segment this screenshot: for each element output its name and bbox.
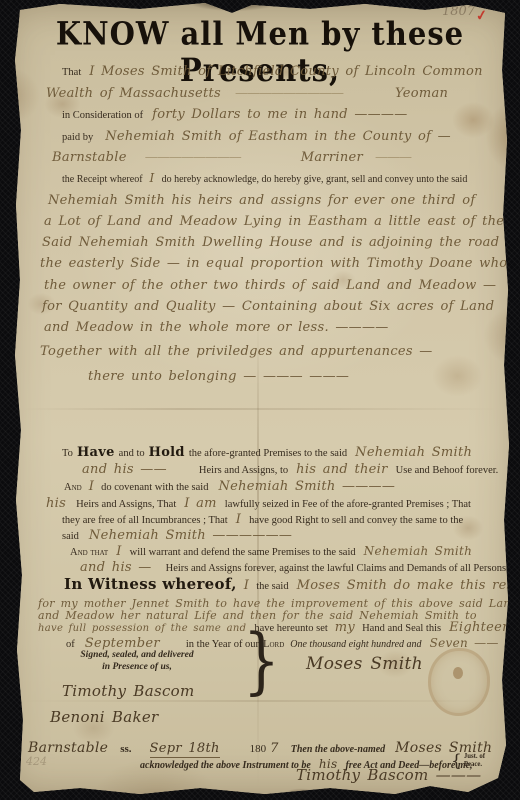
- justice-title-line: Just. of: [464, 753, 485, 760]
- deed-line: a Lot of Land and Meadow Lying in Eastha…: [44, 212, 504, 230]
- deed-line: in Consideration of forty Dollars to me …: [62, 105, 408, 123]
- handwritten-segment: I: [244, 578, 249, 593]
- handwritten-segment: Yeoman: [395, 86, 448, 101]
- deed-line: the easterly Side — in equal proportion …: [40, 254, 520, 272]
- handwritten-segment: Eighteenth ———: [449, 620, 520, 635]
- printed-segment: One thousand eight hundred and: [290, 639, 421, 650]
- handwritten-segment: I Moses Smith of Litchfield County of Li…: [89, 64, 483, 79]
- deed-line: and his —— Heirs and Assigns, to his and…: [82, 460, 498, 478]
- printed-segment: To: [62, 448, 73, 459]
- printed-segment: ss.: [120, 743, 131, 755]
- handwritten-segment: a Lot of Land and Meadow Lying in Eastha…: [44, 214, 504, 229]
- handwritten-segment: I: [150, 171, 155, 185]
- handwritten-segment: the owner of the other two thirds of sai…: [44, 278, 496, 293]
- witness-signature: Benoni Baker: [50, 709, 159, 726]
- handwritten-segment: I: [89, 479, 94, 494]
- deed-line: there unto belonging — ——— ———: [88, 367, 349, 385]
- printed-segment: 180: [250, 743, 267, 755]
- printed-segment: of: [66, 639, 75, 650]
- witness-signature: Timothy Bascom: [62, 683, 195, 700]
- printed-blackletter: In Witness whereof,: [64, 575, 237, 593]
- acknowledgment-line: Barnstable ss. Sepr 18th 180 7 Then the …: [28, 739, 492, 757]
- deed-line: for Quantity and Quality — Containing ab…: [42, 297, 494, 315]
- deed-line: his Heirs and Assigns, That I am lawfull…: [46, 494, 471, 512]
- handwritten-segment: I: [236, 512, 241, 527]
- deed-line: That I Moses Smith of Litchfield County …: [62, 62, 483, 80]
- deed-line: Together with all the priviledges and ap…: [40, 342, 433, 360]
- ink-rule: —————————: [235, 86, 343, 101]
- handwritten-segment: his and their: [296, 462, 387, 477]
- handwritten-segment: I: [116, 544, 121, 559]
- printed-segment: Then the above-named: [291, 744, 385, 755]
- printed-segment: they are free of all Incumbrances ; That: [62, 515, 228, 526]
- printed-segment: do covenant with the said: [101, 482, 208, 493]
- horizontal-crease: [20, 408, 502, 410]
- handwritten-segment: Marriner: [301, 150, 363, 165]
- ink-rule: ———: [375, 150, 411, 165]
- handwritten-segment: Barnstable: [52, 150, 127, 165]
- deed-line: Barnstable ———————— Marriner ———: [52, 148, 411, 166]
- printed-segment: Heirs and Assigns, to: [199, 465, 288, 476]
- deed-line: they are free of all Incumbrances ; That…: [62, 510, 463, 528]
- printed-segment: will warrant and defend the same Premise…: [130, 547, 356, 558]
- printed-segment: paid by: [62, 132, 93, 143]
- handwritten-segment: my: [335, 620, 355, 635]
- printed-segment: have good Right to sell and convey the s…: [249, 515, 463, 526]
- pencil-page-number: 424: [26, 755, 47, 768]
- handwritten-segment: Together with all the priviledges and ap…: [40, 344, 433, 359]
- attestation-line: in Presence of us,: [52, 662, 222, 674]
- printed-blackletter: Hold: [149, 445, 185, 460]
- printed-segment: the afore-granted Premises to the said: [189, 448, 347, 459]
- handwritten-segment: Said Nehemiah Smith Dwelling House and i…: [42, 235, 520, 250]
- handwritten-segment: Nehemiah Smith: [355, 445, 472, 460]
- deed-line: and Meadow in the whole more or less. ——…: [44, 318, 389, 336]
- deed-line: paid by Nehemiah Smith of Eastham in the…: [62, 127, 451, 145]
- handwritten-segment: have full possession of the same and: [38, 623, 246, 634]
- printed-segment: And: [64, 482, 82, 493]
- printed-segment: acknowledged the above Instrument to be: [140, 760, 311, 771]
- seal-stain-dot: [453, 667, 463, 679]
- grantor-signature: Moses Smith: [306, 655, 423, 674]
- handwritten-segment: Nehemiah Smith ——————: [89, 528, 292, 543]
- deed-line: the Receipt whereof I do hereby acknowle…: [62, 169, 467, 187]
- handwritten-segment: forty Dollars to me in hand ————: [152, 107, 407, 122]
- deed-paper: 1807 ✓ 424 KNOW all Men by these Present…: [0, 0, 520, 800]
- handwritten-segment: Nehemiah Smith: [364, 544, 473, 558]
- photo-background: 1807 ✓ 424 KNOW all Men by these Present…: [0, 0, 520, 800]
- justice-title-line: Peace.: [464, 761, 482, 768]
- printed-segment: do hereby acknowledge, do hereby give, g…: [162, 174, 468, 185]
- deed-line: Said Nehemiah Smith Dwelling House and i…: [42, 233, 520, 251]
- printed-segment: And that: [70, 547, 108, 558]
- printed-blackletter: Have: [77, 445, 115, 460]
- handwritten-segment: Wealth of Massachusetts: [46, 86, 221, 101]
- printed-segment: lawfully seized in Fee of the afore-gran…: [225, 499, 471, 510]
- deed-line: To Have and to Hold the afore-granted Pr…: [62, 443, 472, 461]
- deed-line: Nehemiah Smith his heirs and assigns for…: [48, 191, 475, 209]
- handwritten-segment: I am: [184, 496, 217, 511]
- handwritten-segment: for Quantity and Quality — Containing ab…: [42, 299, 494, 314]
- handwritten-segment: the easterly Side — in equal proportion …: [40, 256, 520, 271]
- handwritten-segment: there unto belonging — ——— ———: [88, 369, 349, 384]
- attestation-line: Signed, sealed, and delivered: [52, 650, 222, 662]
- deed-line: said Nehemiah Smith ——————: [62, 526, 292, 544]
- handwritten-segment: Moses Smith do make this reserve: [297, 578, 520, 593]
- justice-of-peace-label: { Just. of Peace.: [451, 751, 485, 771]
- handwritten-segment: and Meadow in the whole more or less. ——…: [44, 320, 389, 335]
- attestation-clause: Signed, sealed, and delivered in Presenc…: [52, 650, 222, 674]
- printed-segment: Use and Behoof forever.: [396, 465, 499, 476]
- handwritten-segment: his: [46, 496, 66, 511]
- printed-segment: Heirs and Assigns forever, against the l…: [166, 563, 509, 574]
- handwritten-segment: Barnstable: [28, 740, 108, 756]
- handwritten-segment: Nehemiah Smith of Eastham in the County …: [105, 129, 451, 144]
- handwritten-segment: September: [85, 636, 160, 651]
- printed-segment: That: [62, 67, 81, 78]
- printed-segment: and to: [119, 448, 145, 459]
- printed-segment: said: [62, 531, 79, 542]
- deed-line: And I do covenant with the said Nehemiah…: [64, 477, 395, 495]
- printed-segment: the said: [256, 581, 288, 592]
- deed-line: Wealth of Massachusetts ————————— Yeoman: [46, 84, 448, 102]
- printed-segment: Hand and Seal this: [362, 623, 441, 634]
- printed-segment: the Receipt whereof: [62, 174, 143, 185]
- deed-line: the owner of the other two thirds of sai…: [44, 276, 496, 294]
- seal-brace: }: [243, 618, 280, 703]
- printed-segment: in Consideration of: [62, 110, 143, 121]
- deed-line: In Witness whereof, I the said Moses Smi…: [64, 576, 520, 594]
- seal-stain: [428, 648, 490, 716]
- deed-line: And that I will warrant and defend the s…: [70, 542, 472, 560]
- handwritten-segment: and his —: [80, 560, 152, 575]
- handwritten-segment: Nehemiah Smith his heirs and assigns for…: [48, 193, 475, 208]
- deed-line: and his — Heirs and Assigns forever, aga…: [80, 558, 509, 576]
- handwritten-segment: Nehemiah Smith ————: [218, 479, 395, 494]
- handwritten-segment: and his ——: [82, 462, 167, 477]
- printed-segment: Heirs and Assigns, That: [76, 499, 176, 510]
- ink-rule: ————————: [145, 150, 241, 165]
- handwritten-segment: 7: [270, 741, 279, 756]
- justice-brace: {: [451, 751, 462, 771]
- deed-line: of September in the Year of our Lord One…: [66, 634, 499, 652]
